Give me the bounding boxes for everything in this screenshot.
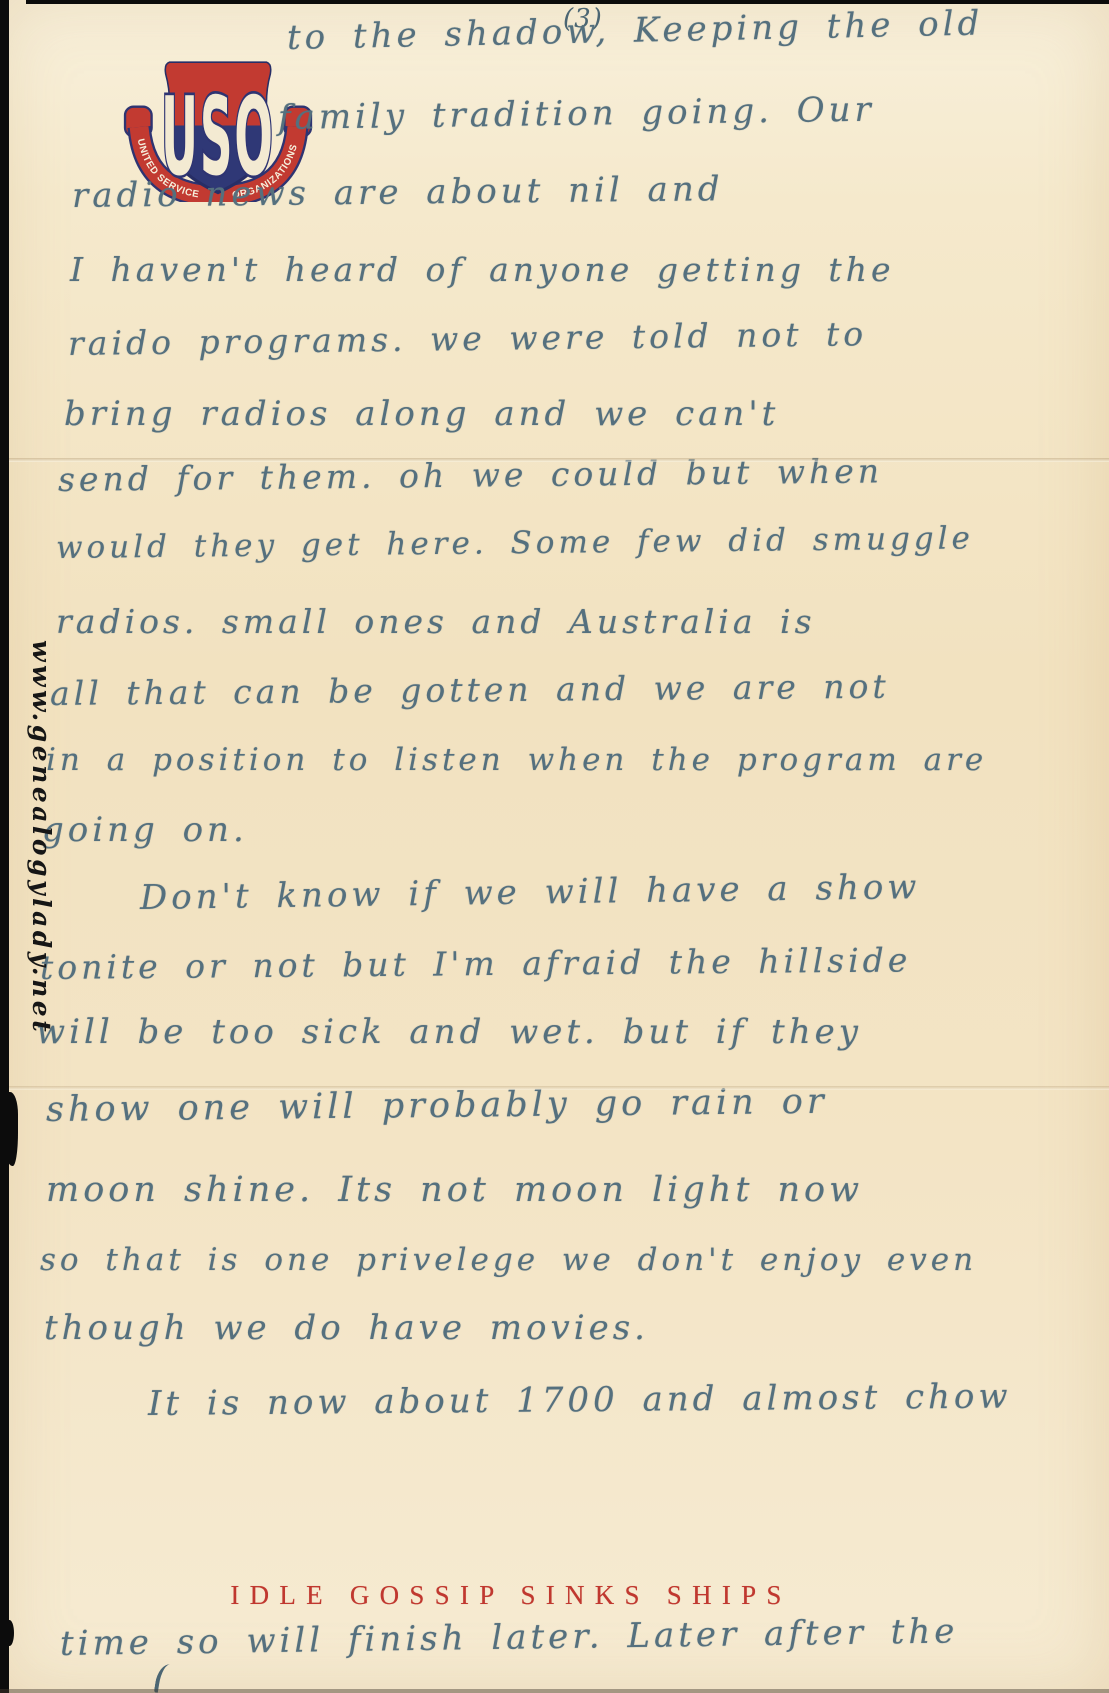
handwritten-line: I haven't heard of anyone getting the [70, 250, 894, 289]
scan-edge-top [26, 0, 1109, 4]
watermark: www.genealogylady.net [27, 640, 56, 1035]
handwritten-line: family tradition going. Our [278, 90, 875, 138]
fold-crease [9, 1086, 1109, 1090]
handwritten-line: raido programs. we were told not to [68, 314, 868, 363]
handwritten-line: in a position to listen when the program… [46, 742, 987, 778]
scan-edge-artifact [5, 1092, 18, 1166]
handwritten-line: so that is one privelege we don't enjoy … [40, 1242, 977, 1278]
handwritten-line: bring radios along and we can't [64, 394, 779, 434]
handwritten-line: Don't know if we will have a show [140, 867, 921, 918]
handwritten-line: moon shine. Its not moon light now [46, 1170, 863, 1210]
handwritten-line: all that can be gotten and we are not [50, 667, 890, 713]
scan-edge-artifact [5, 1620, 14, 1646]
fold-crease [9, 458, 1109, 462]
handwritten-line: going on. [42, 810, 248, 850]
handwritten-line: would they get here. Some few did smuggl… [56, 520, 974, 566]
letter-scan: USO UNITED SERVICE ORGANIZATIONS (3) to … [0, 0, 1109, 1693]
handwritten-line: It is now about 1700 and almost chow [148, 1376, 1012, 1424]
slogan: IDLE GOSSIP SINKS SHIPS [0, 1580, 1022, 1611]
scan-edge-bottom [0, 1689, 1109, 1693]
handwritten-line: radios. small ones and Australia is [56, 602, 816, 641]
scan-edge-left [0, 0, 9, 1693]
handwritten-line: radio news are about nil and [72, 169, 724, 216]
handwritten-line: will be too sick and wet. but if they [36, 1012, 862, 1052]
handwritten-line: tonite or not but I'm afraid the hillsid… [40, 940, 912, 987]
handwritten-line: though we do have movies. [44, 1308, 649, 1348]
handwritten-line: to the shadow, Keeping the old [287, 3, 984, 58]
handwritten-line: time so will finish later. Later after t… [60, 1611, 959, 1664]
